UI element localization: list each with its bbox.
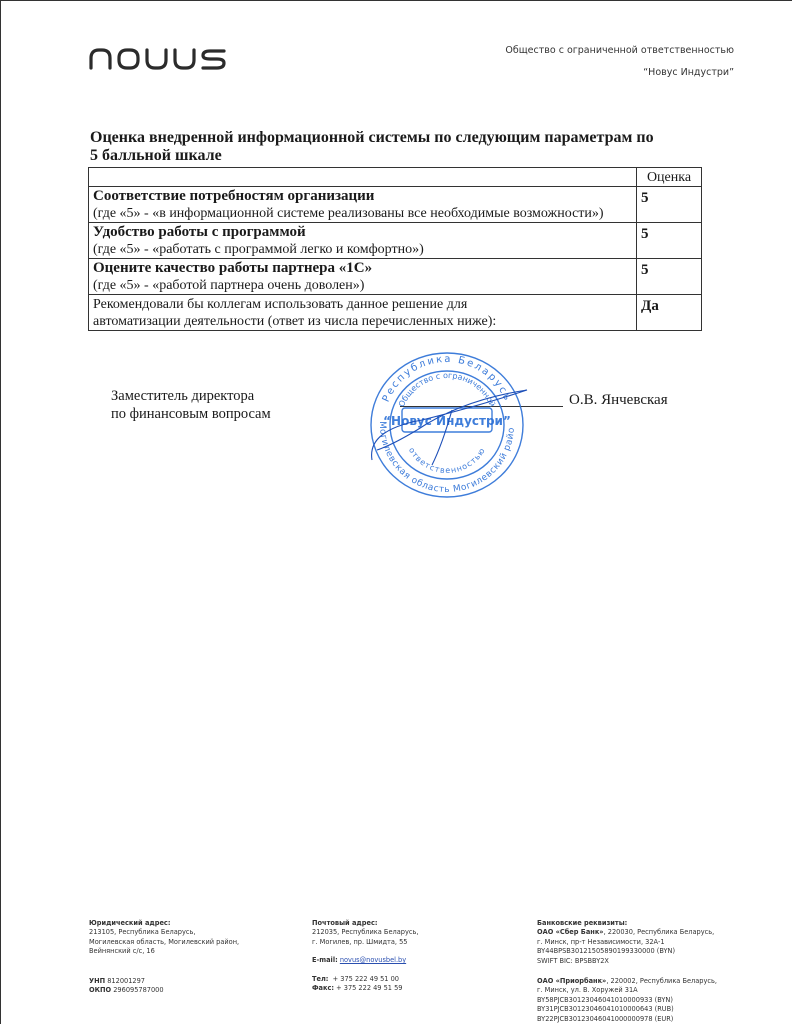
table-header-row: Оценка bbox=[89, 168, 702, 187]
table-row: Удобство работы с программой(где «5» - «… bbox=[89, 223, 702, 259]
company-line1: Общество с ограниченной ответственностью bbox=[505, 40, 734, 62]
criterion-note: (где «5» - «работой партнера очень довол… bbox=[93, 277, 632, 294]
tel-value: + 375 222 49 51 00 bbox=[333, 975, 399, 983]
bank1-account: BY44BPSB30121505890199330000 (BYN) bbox=[537, 947, 714, 956]
fax-label: Факс: bbox=[312, 984, 334, 992]
bank2-name: ОАО «Приорбанк» bbox=[537, 977, 606, 985]
unp-value: 812001297 bbox=[107, 977, 145, 985]
criterion-label: Оцените качество работы партнера «1С» bbox=[93, 260, 632, 277]
company-line2: “Новус Индустри” bbox=[505, 62, 734, 84]
title-line1: Оценка внедренной информационной системы… bbox=[90, 129, 690, 147]
postal-line: г. Могилев, пр. Шмидта, 55 bbox=[312, 938, 418, 947]
document-title: Оценка внедренной информационной системы… bbox=[90, 129, 690, 165]
legal-line: 213105, Республика Беларусь, bbox=[89, 928, 239, 937]
fax-value: + 375 222 49 51 59 bbox=[336, 984, 402, 992]
footer-bank-details-2: ОАО «Приорбанк», 220002, Республика Бела… bbox=[537, 977, 717, 1024]
bank1-address: , 220030, Республика Беларусь, bbox=[604, 928, 715, 936]
criterion-score: 5 bbox=[637, 187, 702, 223]
email-link[interactable]: novus@novusbel.by bbox=[340, 956, 406, 964]
role-line1: Заместитель директора bbox=[111, 387, 271, 405]
novus-logo bbox=[88, 44, 228, 72]
criterion-label: Соответствие потребностям организации bbox=[93, 188, 632, 205]
score-header: Оценка bbox=[637, 168, 702, 187]
page-border-top bbox=[0, 0, 792, 1]
footer-legal-address: Юридический адрес: 213105, Республика Бе… bbox=[89, 919, 239, 957]
evaluation-table: Оценка Соответствие потребностям организ… bbox=[88, 167, 702, 331]
bank1-swift: SWIFT BIC: BPSBBY2X bbox=[537, 957, 714, 966]
bank1-line: г. Минск, пр-т Независимости, 32А-1 bbox=[537, 938, 714, 947]
email-label: E-mail: bbox=[312, 956, 338, 964]
postal-line: 212035, Республика Беларусь, bbox=[312, 928, 418, 937]
bank2-line: г. Минск, ул. В. Хоружей 31А bbox=[537, 986, 717, 995]
legal-heading: Юридический адрес: bbox=[89, 919, 239, 928]
criterion-score: 5 bbox=[637, 259, 702, 295]
bank-heading: Банковские реквизиты: bbox=[537, 919, 714, 928]
signatory-name: О.В. Янчевская bbox=[569, 392, 668, 409]
header-empty-cell bbox=[89, 168, 637, 187]
postal-heading: Почтовый адрес: bbox=[312, 919, 418, 928]
bank1-name: ОАО «Сбер Банк» bbox=[537, 928, 604, 936]
footer-registration: УНП 812001297 ОКПО 296095787000 bbox=[89, 977, 164, 996]
criterion-label: Удобство работы с программой bbox=[93, 224, 632, 241]
table-row: Рекомендовали бы коллегам использовать д… bbox=[89, 295, 702, 331]
criterion-score: 5 bbox=[637, 223, 702, 259]
legal-line: Вейнянский с/с, 16 bbox=[89, 947, 239, 956]
criterion-note: (где «5» - «в информационной системе реа… bbox=[93, 205, 632, 222]
company-header: Общество с ограниченной ответственностью… bbox=[505, 40, 734, 84]
table-row: Соответствие потребностям организации(гд… bbox=[89, 187, 702, 223]
company-stamp-icon: Республика Беларусь Могилевская область … bbox=[362, 350, 532, 500]
svg-text:ответственностью: ответственностью bbox=[407, 446, 487, 475]
footer-postal-address: Почтовый адрес: 212035, Республика Белар… bbox=[312, 919, 418, 993]
legal-line: Могилевская область, Могилевский район, bbox=[89, 938, 239, 947]
criterion-score: Да bbox=[637, 295, 702, 331]
signatory-role: Заместитель директора по финансовым вопр… bbox=[111, 387, 271, 423]
tel-label: Тел: bbox=[312, 975, 328, 983]
okpo-value: 296095787000 bbox=[113, 986, 163, 994]
unp-label: УНП bbox=[89, 977, 105, 985]
bank2-account-byn: BY58PJCB30123046041010000933 (BYN) bbox=[537, 996, 717, 1005]
bank2-account-eur: BY22PJCB30123046041000000978 (EUR) bbox=[537, 1015, 717, 1024]
table-row: Оцените качество работы партнера «1С»(гд… bbox=[89, 259, 702, 295]
bank2-account-rub: BY31PJCB30123046041010000643 (RUB) bbox=[537, 1005, 717, 1014]
criterion-note: Рекомендовали бы коллегам использовать д… bbox=[93, 296, 632, 330]
page-border-left bbox=[0, 0, 1, 1024]
footer-bank-details: Банковские реквизиты: ОАО «Сбер Банк», 2… bbox=[537, 919, 714, 966]
svg-text:Общество с ограниченной: Общество с ограниченной bbox=[397, 371, 497, 408]
okpo-label: ОКПО bbox=[89, 986, 111, 994]
role-line2: по финансовым вопросам bbox=[111, 405, 271, 423]
bank2-address: , 220002, Республика Беларусь, bbox=[606, 977, 717, 985]
title-line2: 5 балльной шкале bbox=[90, 147, 690, 165]
criterion-note: (где «5» - «работать с программой легко … bbox=[93, 241, 632, 258]
